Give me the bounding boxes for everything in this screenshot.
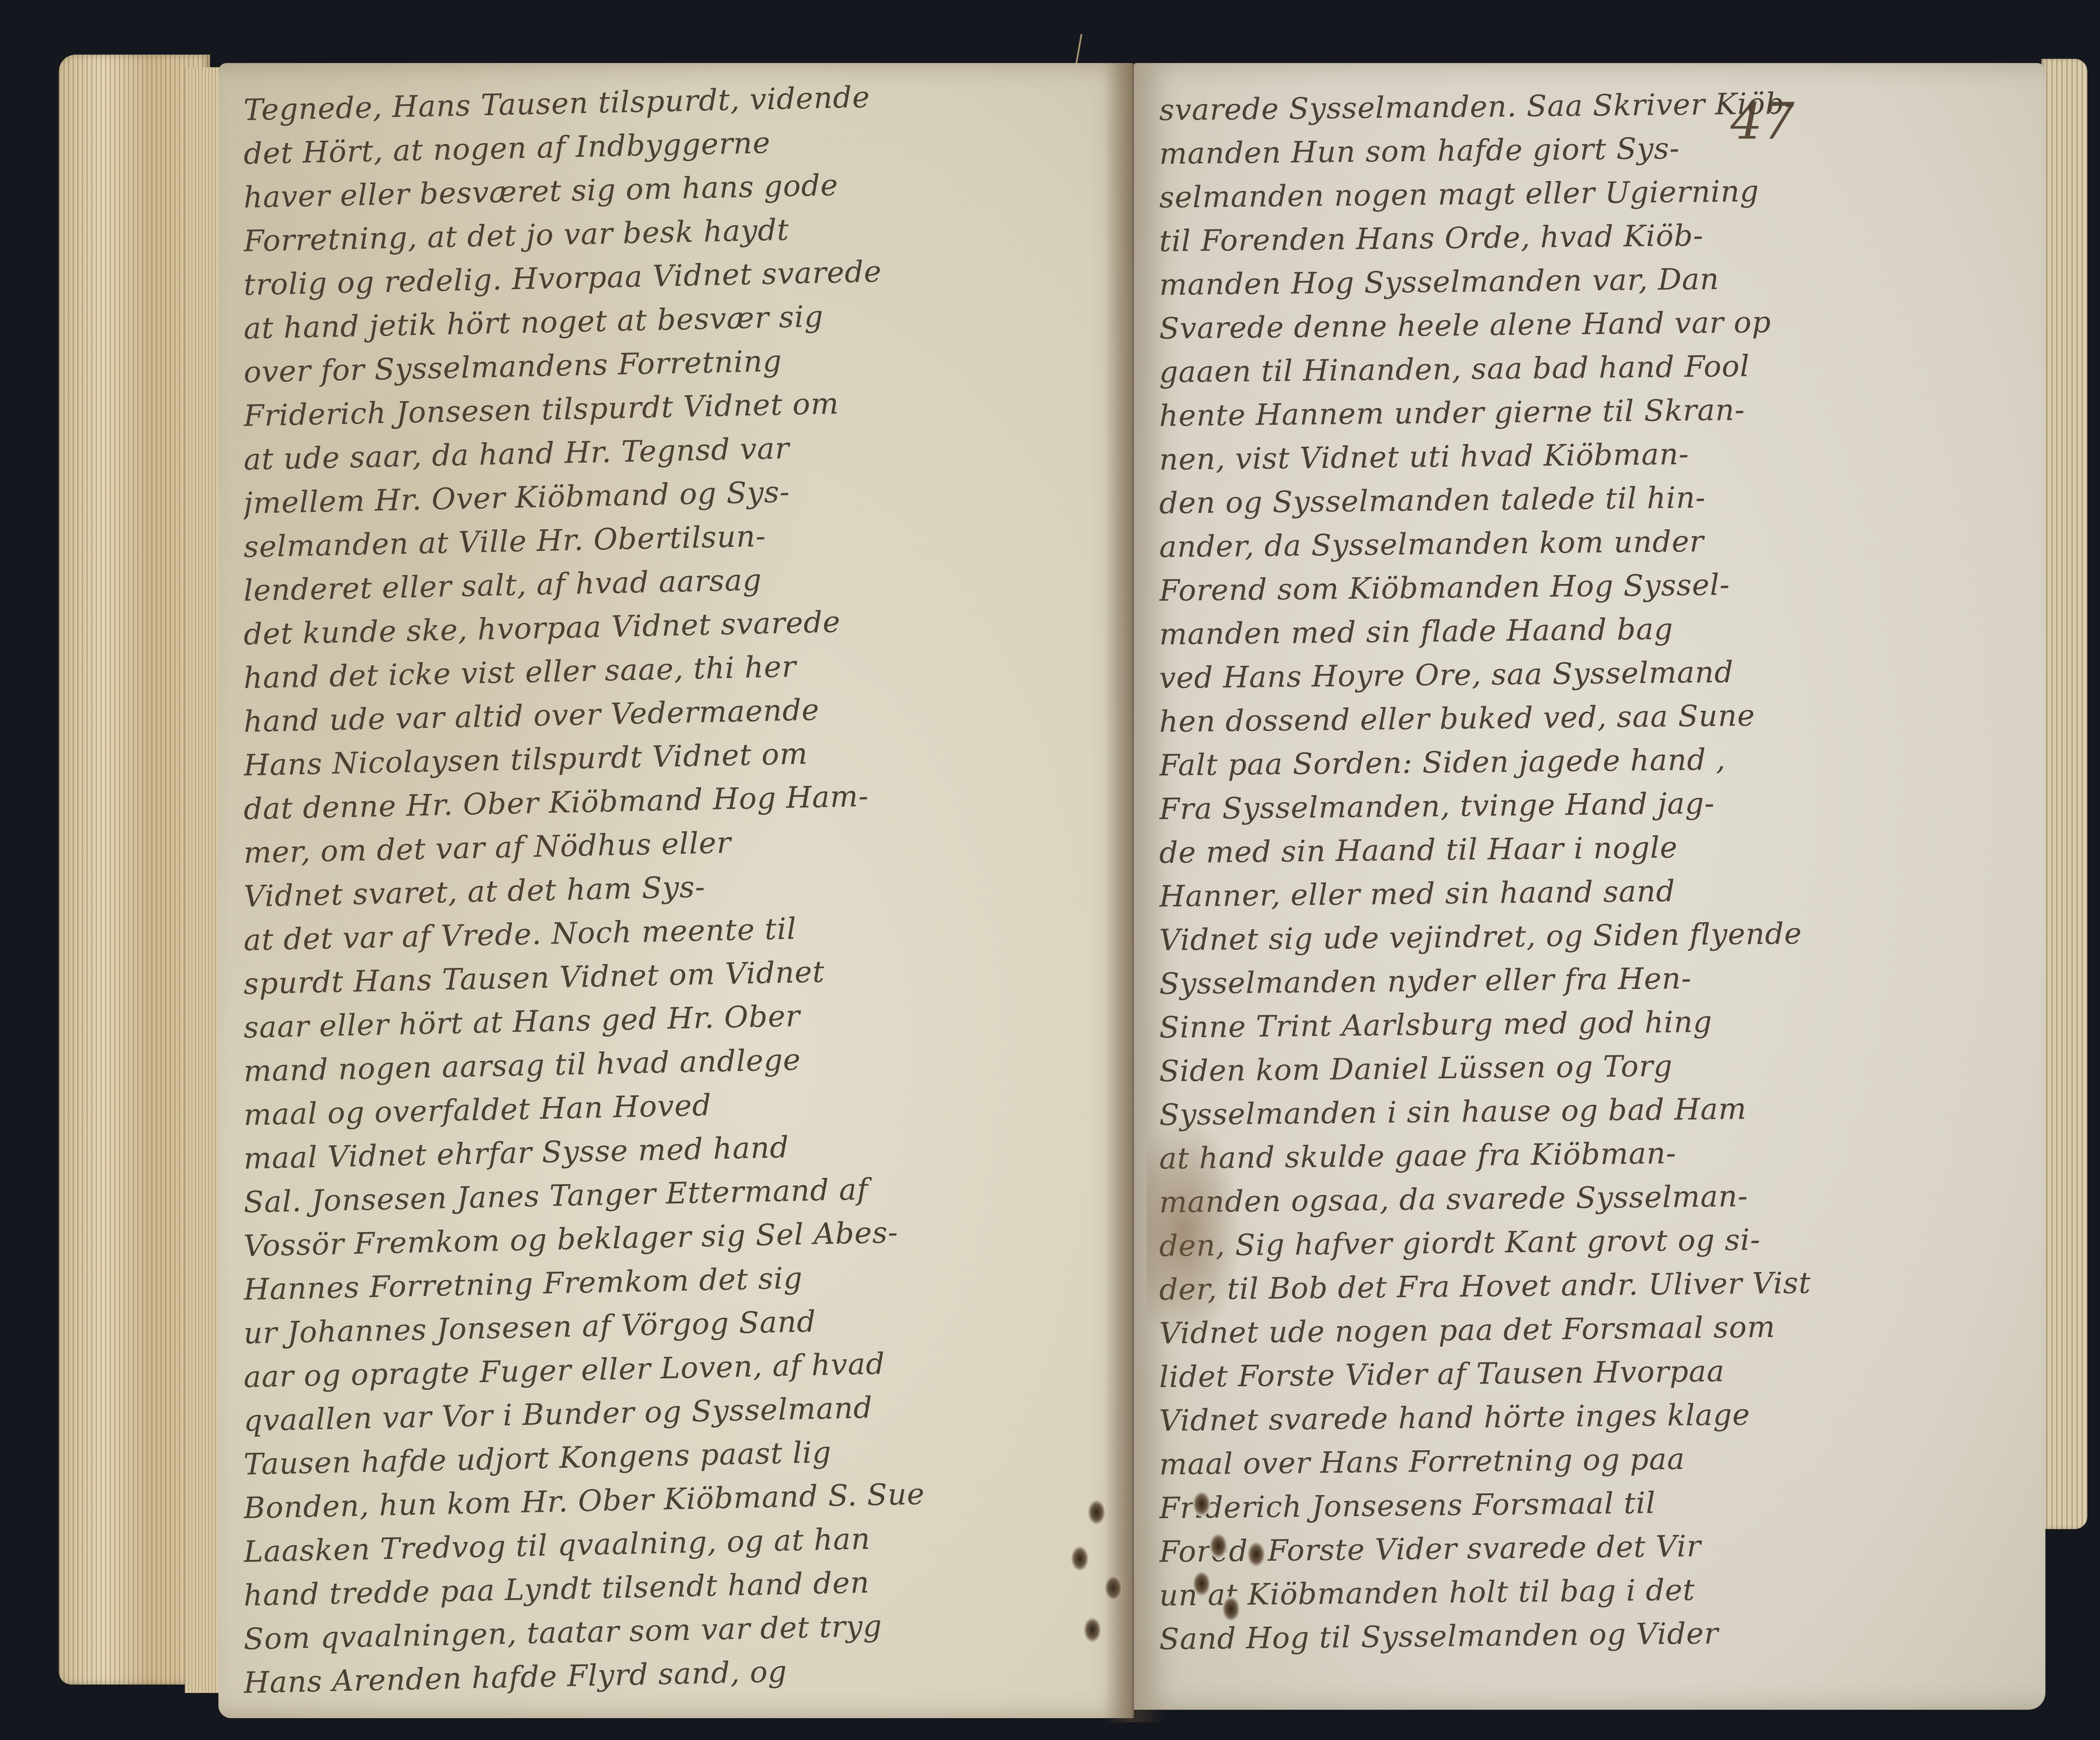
left-page-stack-inner <box>185 67 223 1693</box>
worm-hole-icon <box>1247 1542 1265 1567</box>
worm-hole-icon <box>1222 1596 1240 1622</box>
left-page-text: Tegnede, Hans Tausen tilspurdt, vidended… <box>244 88 1117 1705</box>
manuscript-scene: Tegnede, Hans Tausen tilspurdt, vidended… <box>0 0 2100 1740</box>
manuscript-line: Sand Hog til Sysselmanden og Vider <box>1159 1608 2029 1661</box>
worm-hole-icon <box>1071 1546 1089 1571</box>
worm-hole-icon <box>1210 1533 1227 1559</box>
left-page: Tegnede, Hans Tausen tilspurdt, vidended… <box>218 63 1134 1718</box>
ink-stain <box>1147 1122 1239 1340</box>
worm-hole-icon <box>1084 1617 1101 1643</box>
worm-hole-icon <box>1193 1491 1210 1517</box>
right-page-stack <box>2041 59 2087 1529</box>
worm-hole-icon <box>1193 1571 1210 1596</box>
right-page-text: svarede Sysselmanden. Saa Skriver Kiöb-m… <box>1159 88 2029 1661</box>
right-page: 47 svarede Sysselmanden. Saa Skriver Kiö… <box>1134 63 2045 1710</box>
worm-hole-icon <box>1088 1500 1105 1525</box>
